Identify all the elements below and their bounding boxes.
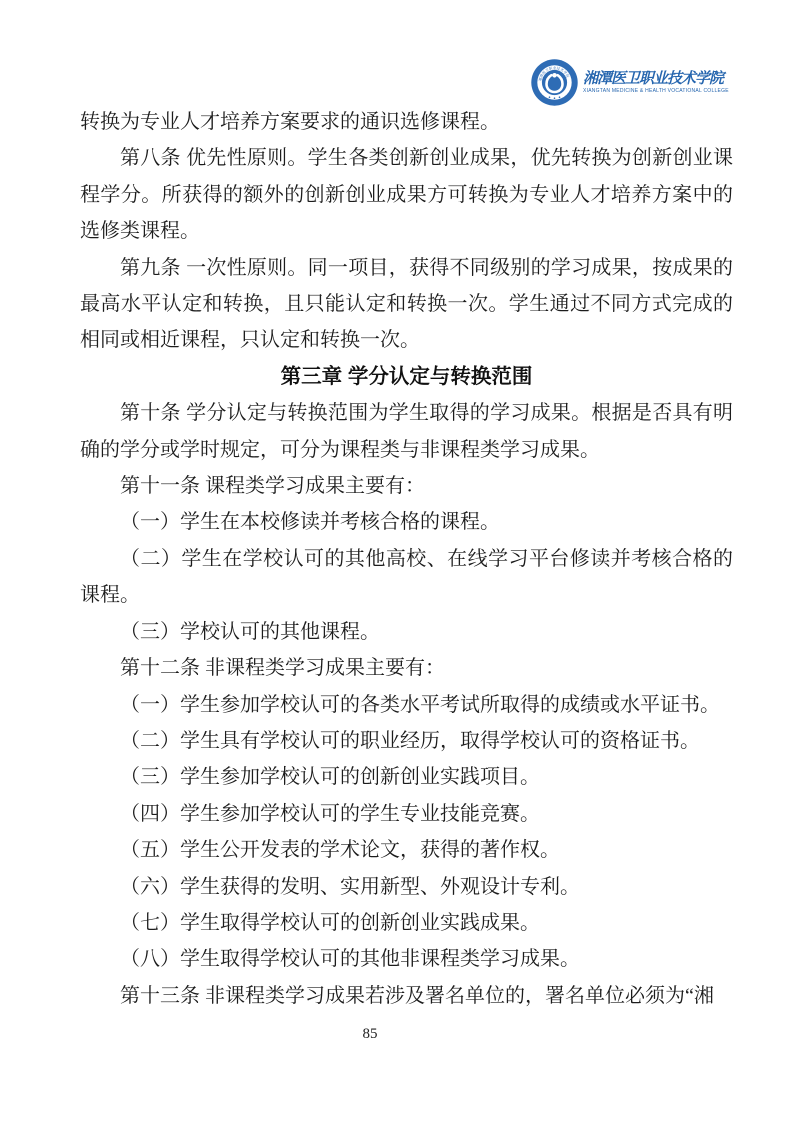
body-paragraph-article-13: 第十三条 非课程类学习成果若涉及署名单位的，署名单位必须为“湘 (80, 978, 733, 1014)
college-logo-text: 湘潭医卫职业技术学院 XIANGTAN MEDICINE & HEALTH VO… (583, 70, 729, 95)
college-logo: 湘潭医卫职业技术学院 湘潭医卫职业技术学院 XIANGTAN MEDICINE … (531, 59, 729, 106)
body-paragraph-article-11: 第十一条 课程类学习成果主要有： (80, 468, 733, 504)
list-item-noncourse-4: （四）学生参加学校认可的学生专业技能竞赛。 (80, 796, 733, 832)
list-item-course-3: （三）学校认可的其他课程。 (80, 614, 733, 650)
list-item-noncourse-7: （七）学生取得学校认可的创新创业实践成果。 (80, 905, 733, 941)
document-page: 湘潭医卫职业技术学院 湘潭医卫职业技术学院 XIANGTAN MEDICINE … (0, 0, 793, 1122)
list-item-noncourse-3: （三）学生参加学校认可的创新创业实践项目。 (80, 759, 733, 795)
body-paragraph-article-9: 第九条 一次性原则。同一项目，获得不同级别的学习成果，按成果的最高水平认定和转换… (80, 250, 733, 359)
college-emblem-icon: 湘潭医卫职业技术学院 (531, 59, 578, 106)
list-item-noncourse-1: （一）学生参加学校认可的各类水平考试所取得的成绩或水平证书。 (80, 687, 733, 723)
list-item-noncourse-5: （五）学生公开发表的学术论文，获得的著作权。 (80, 832, 733, 868)
college-name-zh: 湘潭医卫职业技术学院 (583, 70, 729, 88)
body-paragraph-article-10: 第十条 学分认定与转换范围为学生取得的学习成果。根据是否具有明确的学分或学时规定… (80, 395, 733, 468)
list-item-noncourse-8: （八）学生取得学校认可的其他非课程类学习成果。 (80, 941, 733, 977)
body-paragraph-article-8: 第八条 优先性原则。学生各类创新创业成果，优先转换为创新创业课程学分。所获得的额… (80, 140, 733, 249)
list-item-noncourse-2: （二）学生具有学校认可的职业经历，取得学校认可的资格证书。 (80, 723, 733, 759)
list-item-noncourse-6: （六）学生获得的发明、实用新型、外观设计专利。 (80, 869, 733, 905)
list-item-course-1: （一）学生在本校修读并考核合格的课程。 (80, 504, 733, 540)
page-number: 85 (0, 1026, 740, 1043)
college-name-en: XIANGTAN MEDICINE & HEALTH VOCATIONAL CO… (583, 88, 729, 95)
document-body: 转换为专业人才培养方案要求的通识选修课程。 第八条 优先性原则。学生各类创新创业… (80, 104, 733, 1014)
chapter-heading: 第三章 学分认定与转换范围 (80, 359, 733, 395)
body-paragraph-continuation: 转换为专业人才培养方案要求的通识选修课程。 (80, 104, 733, 140)
list-item-course-2: （二）学生在学校认可的其他高校、在线学习平台修读并考核合格的课程。 (80, 541, 733, 614)
body-paragraph-article-12: 第十二条 非课程类学习成果主要有： (80, 650, 733, 686)
